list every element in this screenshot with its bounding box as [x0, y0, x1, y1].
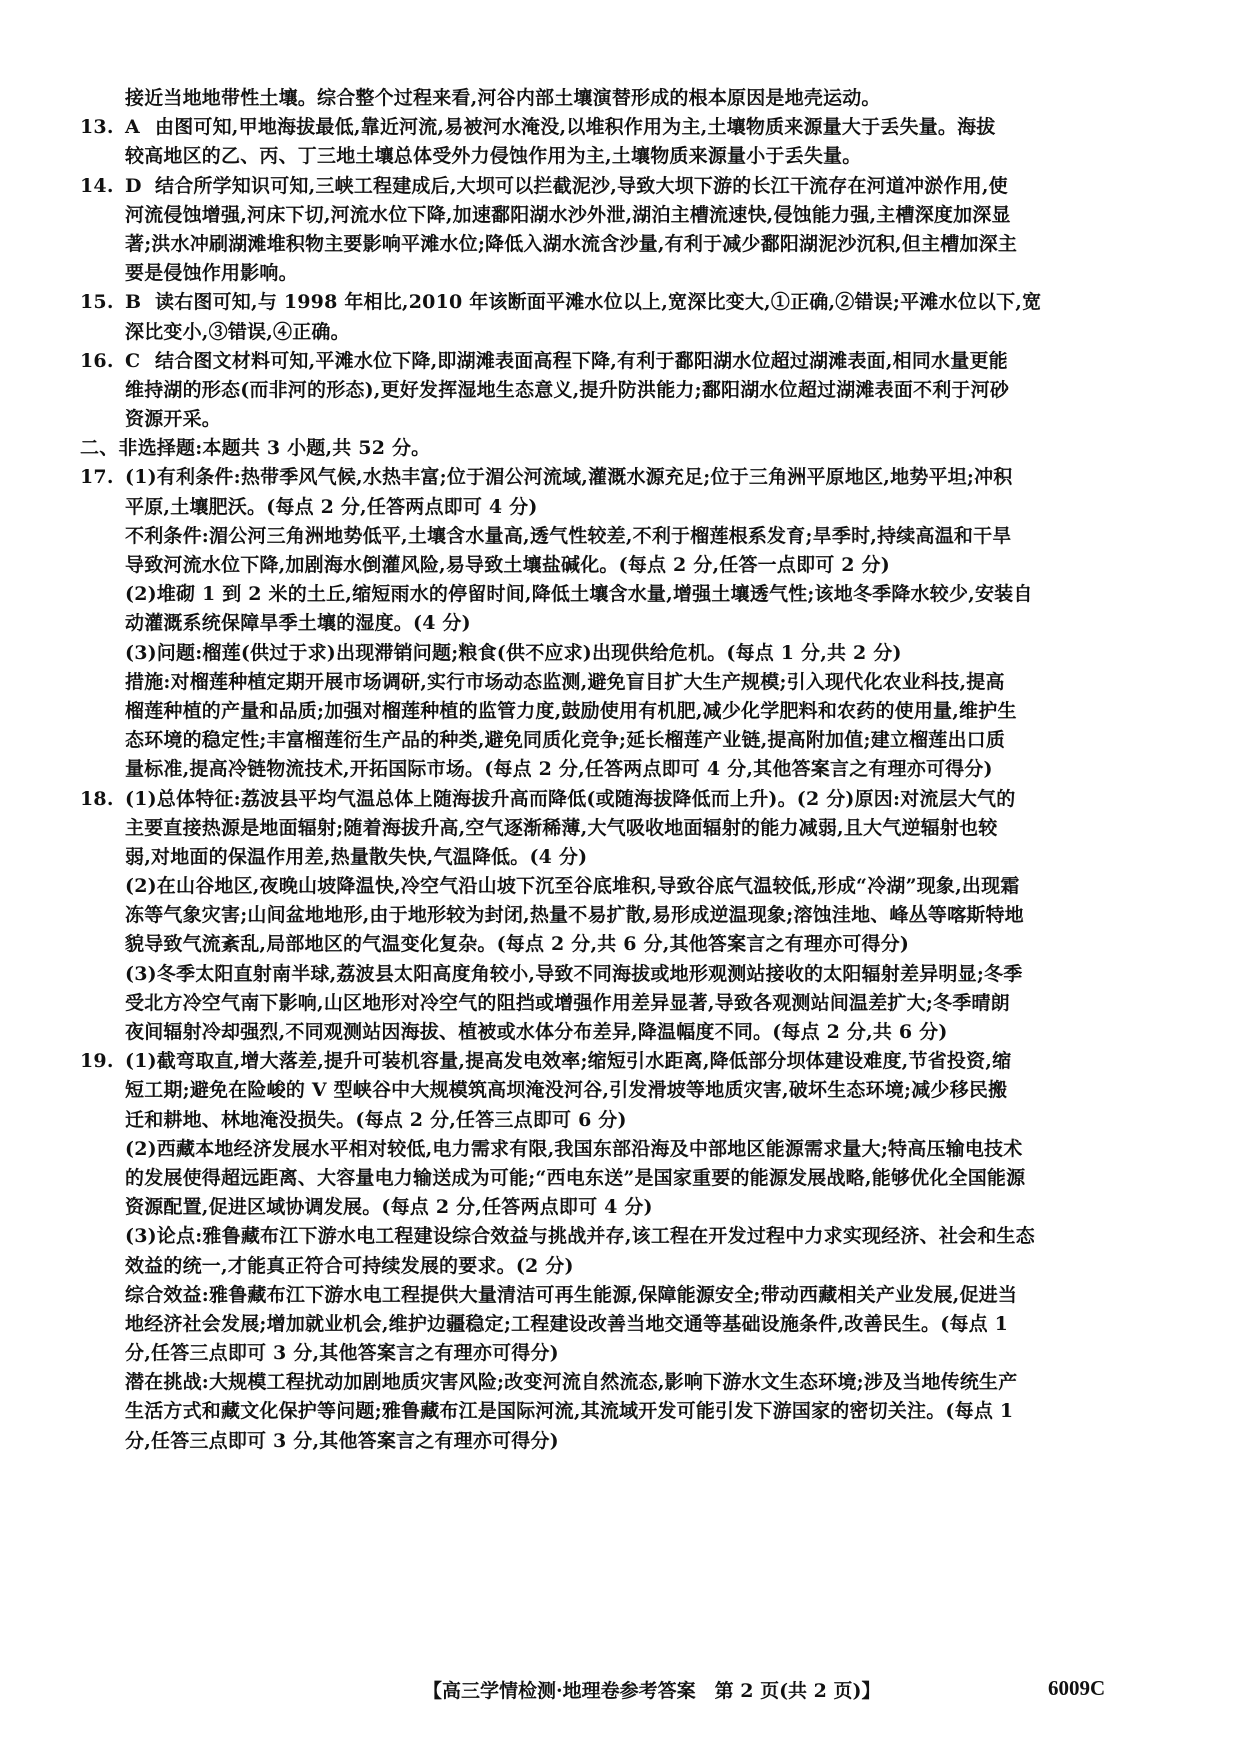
- continuation-line: 弱,对地面的保温作用差,热量散失快,气温降低。(4 分): [80, 843, 1122, 872]
- continuation-line: 貌导致气流紊乱,局部地区的气温变化复杂。(每点 2 分,共 6 分,其他答案言之…: [80, 930, 1122, 959]
- continuation-line: 接近当地地带性土壤。综合整个过程来看,河谷内部土壤演替形成的根本原因是地壳运动。: [80, 84, 1122, 113]
- continuation-line: 分,任答三点即可 3 分,其他答案言之有理亦可得分): [80, 1427, 1122, 1456]
- continuation-line: 的发展使得超远距离、大容量电力输送成为可能;“西电东送”是国家重要的能源发展战略…: [80, 1164, 1122, 1193]
- section-heading: 二、非选择题:本题共 3 小题,共 52 分。: [80, 434, 1122, 463]
- question-answer-line: 19.(1)截弯取直,增大落差,提升可装机容量,提高发电效率;缩短引水距离,降低…: [80, 1047, 1122, 1076]
- question-answer-line: 15.B读右图可知,与 1998 年相比,2010 年该断面平滩水位以上,宽深比…: [80, 288, 1122, 317]
- continuation-line: 深比变小,③错误,④正确。: [80, 318, 1122, 347]
- document-code: 6009C: [1048, 1676, 1105, 1701]
- question-answer-line: 14.D结合所学知识可知,三峡工程建成后,大坝可以拦截泥沙,导致大坝下游的长江干…: [80, 172, 1122, 201]
- continuation-line: 平原,土壤肥沃。(每点 2 分,任答两点即可 4 分): [80, 493, 1122, 522]
- question-number: 19.: [80, 1047, 125, 1076]
- question-answer-line: 17.(1)有利条件:热带季风气候,水热丰富;位于湄公河流域,灌溉水源充足;位于…: [80, 463, 1122, 492]
- continuation-line: 地经济社会发展;增加就业机会,维护边疆稳定;工程建设改善当地交通等基础设施条件,…: [80, 1310, 1122, 1339]
- continuation-line: (3)论点:雅鲁藏布江下游水电工程建设综合效益与挑战并存,该工程在开发过程中力求…: [80, 1222, 1122, 1251]
- question-answer-line: 13.A由图可知,甲地海拔最低,靠近河流,易被河水淹没,以堆积作用为主,土壤物质…: [80, 113, 1122, 142]
- continuation-line: 夜间辐射冷却强烈,不同观测站因海拔、植被或水体分布差异,降温幅度不同。(每点 2…: [80, 1018, 1122, 1047]
- continuation-line: 迁和耕地、林地淹没损失。(每点 2 分,任答三点即可 6 分): [80, 1106, 1122, 1135]
- answer-letter: B: [125, 288, 155, 317]
- continuation-line: 潜在挑战:大规模工程扰动加剧地质灾害风险;改变河流自然流态,影响下游水文生态环境…: [80, 1368, 1122, 1397]
- explanation-text: 由图可知,甲地海拔最低,靠近河流,易被河水淹没,以堆积作用为主,土壤物质来源量大…: [155, 116, 995, 138]
- explanation-text: 读右图可知,与 1998 年相比,2010 年该断面平滩水位以上,宽深比变大,①…: [155, 291, 1041, 313]
- continuation-line: 分,任答三点即可 3 分,其他答案言之有理亦可得分): [80, 1339, 1122, 1368]
- continuation-line: 量标准,提高冷链物流技术,开拓国际市场。(每点 2 分,任答两点即可 4 分,其…: [80, 755, 1122, 784]
- page-footer: 【高三学情检测·地理卷参考答案 第 2 页(共 2 页)】 6009C: [0, 1676, 1241, 1706]
- continuation-line: 生活方式和藏文化保护等问题;雅鲁藏布江是国际河流,其流域开发可能引发下游国家的密…: [80, 1397, 1122, 1426]
- question-number: 18.: [80, 785, 125, 814]
- answer-text: (1)有利条件:热带季风气候,水热丰富;位于湄公河流域,灌溉水源充足;位于三角洲…: [125, 466, 1013, 488]
- answer-text: (1)总体特征:荔波县平均气温总体上随海拔升高而降低(或随海拔降低而上升)。(2…: [125, 788, 1015, 810]
- continuation-line: 受北方冷空气南下影响,山区地形对冷空气的阻挡或增强作用差异显著,导致各观测站间温…: [80, 989, 1122, 1018]
- continuation-line: 主要直接热源是地面辐射;随着海拔升高,空气逐渐稀薄,大气吸收地面辐射的能力减弱,…: [80, 814, 1122, 843]
- footer-title: 【高三学情检测·地理卷参考答案 第 2 页(共 2 页)】: [423, 1676, 881, 1703]
- continuation-line: 动灌溉系统保障旱季土壤的湿度。(4 分): [80, 609, 1122, 638]
- question-number: 16.: [80, 347, 125, 376]
- continuation-line: 冻等气象灾害;山间盆地地形,由于地形较为封闭,热量不易扩散,易形成逆温现象;溶蚀…: [80, 901, 1122, 930]
- answer-letter: C: [125, 347, 155, 376]
- answer-letter: D: [125, 172, 155, 201]
- explanation-text: 结合所学知识可知,三峡工程建成后,大坝可以拦截泥沙,导致大坝下游的长江干流存在河…: [155, 175, 1008, 197]
- answer-document: 接近当地地带性土壤。综合整个过程来看,河谷内部土壤演替形成的根本原因是地壳运动。…: [80, 84, 1122, 1456]
- continuation-line: 榴莲种植的产量和品质;加强对榴莲种植的监管力度,鼓励使用有机肥,减少化学肥料和农…: [80, 697, 1122, 726]
- continuation-line: 较高地区的乙、丙、丁三地土壤总体受外力侵蚀作用为主,土壤物质来源量小于丢失量。: [80, 142, 1122, 171]
- continuation-line: 综合效益:雅鲁藏布江下游水电工程提供大量清洁可再生能源,保障能源安全;带动西藏相…: [80, 1281, 1122, 1310]
- question-answer-line: 18.(1)总体特征:荔波县平均气温总体上随海拔升高而降低(或随海拔降低而上升)…: [80, 785, 1122, 814]
- question-number: 15.: [80, 288, 125, 317]
- continuation-line: 短工期;避免在险峻的 V 型峡谷中大规模筑高坝淹没河谷,引发滑坡等地质灾害,破坏…: [80, 1076, 1122, 1105]
- continuation-line: (3)冬季太阳直射南半球,荔波县太阳高度角较小,导致不同海拔或地形观测站接收的太…: [80, 960, 1122, 989]
- continuation-line: 措施:对榴莲种植定期开展市场调研,实行市场动态监测,避免盲目扩大生产规模;引入现…: [80, 668, 1122, 697]
- continuation-line: (2)西藏本地经济发展水平相对较低,电力需求有限,我国东部沿海及中部地区能源需求…: [80, 1135, 1122, 1164]
- continuation-line: 不利条件:湄公河三角洲地势低平,土壤含水量高,透气性较差,不利于榴莲根系发育;旱…: [80, 522, 1122, 551]
- question-number: 14.: [80, 172, 125, 201]
- continuation-line: 效益的统一,才能真正符合可持续发展的要求。(2 分): [80, 1252, 1122, 1281]
- question-number: 17.: [80, 463, 125, 492]
- continuation-line: (3)问题:榴莲(供过于求)出现滞销问题;粮食(供不应求)出现供给危机。(每点 …: [80, 639, 1122, 668]
- continuation-line: 资源配置,促进区域协调发展。(每点 2 分,任答两点即可 4 分): [80, 1193, 1122, 1222]
- continuation-line: 资源开采。: [80, 405, 1122, 434]
- continuation-line: 态环境的稳定性;丰富榴莲衍生产品的种类,避免同质化竞争;延长榴莲产业链,提高附加…: [80, 726, 1122, 755]
- explanation-text: 结合图文材料可知,平滩水位下降,即湖滩表面高程下降,有利于鄱阳湖水位超过湖滩表面…: [155, 350, 1008, 372]
- continuation-line: 导致河流水位下降,加剧海水倒灌风险,易导致土壤盐碱化。(每点 2 分,任答一点即…: [80, 551, 1122, 580]
- continuation-line: 河流侵蚀增强,河床下切,河流水位下降,加速鄱阳湖水沙外泄,湖泊主槽流速快,侵蚀能…: [80, 201, 1122, 230]
- continuation-line: 著;洪水冲刷湖滩堆积物主要影响平滩水位;降低入湖水流含沙量,有利于减少鄱阳湖泥沙…: [80, 230, 1122, 259]
- answer-letter: A: [125, 113, 155, 142]
- continuation-line: 要是侵蚀作用影响。: [80, 259, 1122, 288]
- question-answer-line: 16.C结合图文材料可知,平滩水位下降,即湖滩表面高程下降,有利于鄱阳湖水位超过…: [80, 347, 1122, 376]
- answer-text: (1)截弯取直,增大落差,提升可装机容量,提高发电效率;缩短引水距离,降低部分坝…: [125, 1050, 1011, 1072]
- continuation-line: 维持湖的形态(而非河的形态),更好发挥湿地生态意义,提升防洪能力;鄱阳湖水位超过…: [80, 376, 1122, 405]
- continuation-line: (2)堆砌 1 到 2 米的土丘,缩短雨水的停留时间,降低土壤含水量,增强土壤透…: [80, 580, 1122, 609]
- continuation-line: (2)在山谷地区,夜晚山坡降温快,冷空气沿山坡下沉至谷底堆积,导致谷底气温较低,…: [80, 872, 1122, 901]
- question-number: 13.: [80, 113, 125, 142]
